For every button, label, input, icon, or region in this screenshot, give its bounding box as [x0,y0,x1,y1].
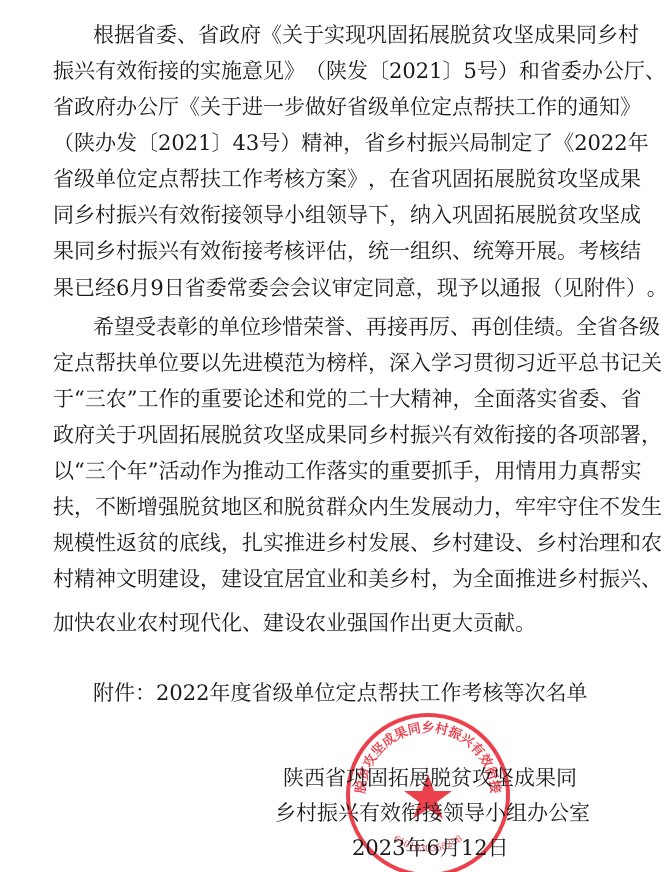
paragraph-1-line: 根据省委、省政府《关于实现巩固拓展脱贫攻坚成果同乡村 [93,22,602,48]
paragraph-2-line: 扶，不断增强脱贫地区和脱贫群众内生发展动力，牢牢守住不发生 [53,494,602,520]
signature-org-line-2: 乡村振兴有效衔接领导小组办公室 [275,800,568,826]
paragraph-1-line: 省政府办公厅《关于进一步做好省级单位定点帮扶工作的通知》 [53,94,602,120]
paragraph-1-line: （陕办发〔2021〕43号）精神，省乡村振兴局制定了《2022年 [53,130,602,156]
paragraph-2-line: 于“三农”工作的重要论述和党的二十大精神，全面落实省委、省 [53,386,602,412]
paragraph-1-line: 果已经6月9日省委常委会会议审定同意，现予以通报（见附件）。 [53,275,602,301]
paragraph-1-line: 振兴有效衔接的实施意见》（陕发〔2021〕5号）和省委办公厅、 [53,58,602,84]
paragraph-2-line: 加快农业农村现代化、建设农业强国作出更大贡献。 [53,610,489,636]
signature-date: 2023年6月12日 [352,835,500,861]
paragraph-2-line: 政府关于巩固拓展脱贫攻坚成果同乡村振兴有效衔接的各项部署， [53,422,602,448]
paragraph-2-line: 定点帮扶单位要以先进模范为榜样，深入学习贯彻习近平总书记关 [53,350,602,376]
paragraph-2-line: 村精神文明建设，建设宜居宜业和美乡村，为全面推进乡村振兴、 [53,566,602,592]
paragraph-2-line: 规模性返贫的底线，扎实推进乡村发展、乡村建设、乡村治理和农 [53,530,602,556]
paragraph-1-line: 果同乡村振兴有效衔接考核评估，统一组织、统筹开展。考核结 [53,238,602,264]
paragraph-2-line: 希望受表彰的单位珍惜荣誉、再接再厉、再创佳绩。全省各级 [93,314,602,340]
paragraph-1-line: 同乡村振兴有效衔接领导小组领导下，纳入巩固拓展脱贫攻坚成 [53,202,602,228]
signature-org-line-1: 陕西省巩固拓展脱贫攻坚成果同 [283,765,557,791]
attachment-reference: 附件：2022年度省级单位定点帮扶工作考核等次名单 [93,680,555,706]
paragraph-1-line: 省级单位定点帮扶工作考核方案》，在省巩固拓展脱贫攻坚成果 [53,166,602,192]
paragraph-2-line: 以“三个年”活动作为推动工作落实的重要抓手，用情用力真帮实 [53,458,602,484]
